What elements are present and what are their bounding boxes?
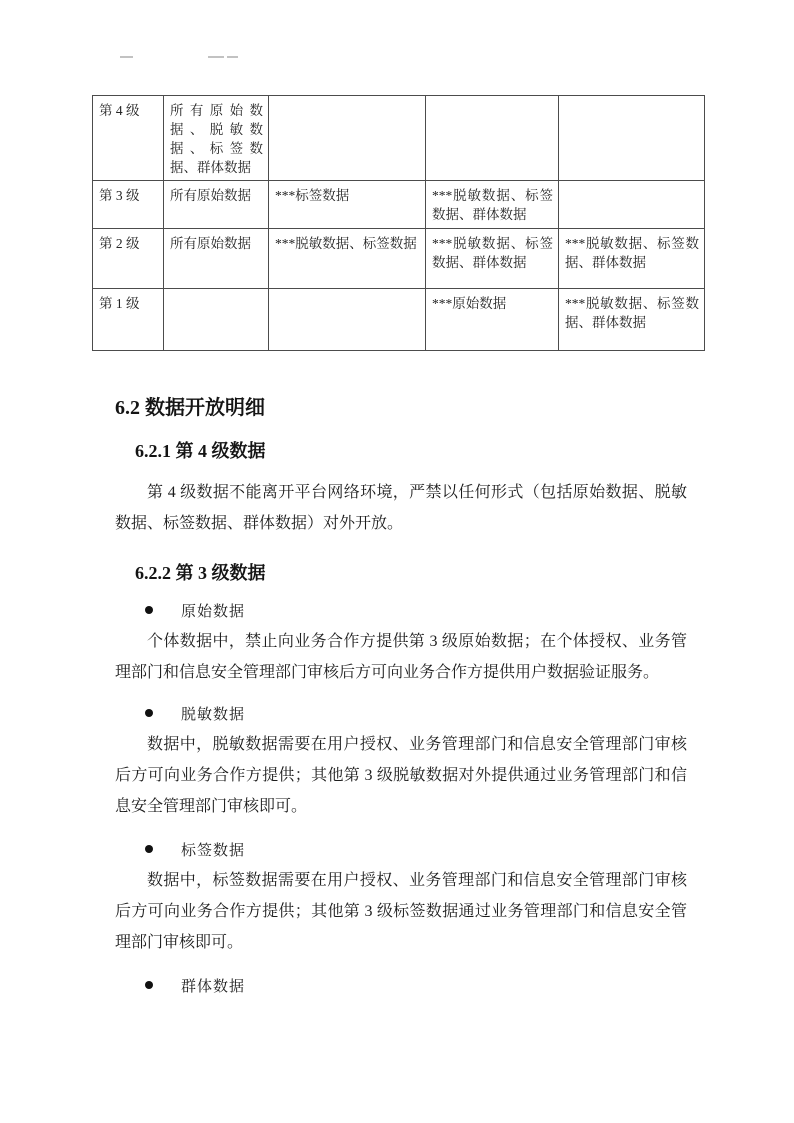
- bullet-item-raw-data: 原始数据: [145, 599, 687, 621]
- data-grade-table: 第 4 级 所有原始数据、脱敏数据、标签数据、群体数据 第 3 级 所有原始数据…: [92, 95, 705, 351]
- section-title-6-2: 6.2 数据开放明细: [115, 395, 687, 421]
- bullet-label: 原始数据: [181, 600, 245, 621]
- table-cell: [559, 181, 705, 229]
- table-cell-level: 第 2 级: [93, 229, 164, 289]
- bullet-item-tag-data: 标签数据: [145, 838, 687, 860]
- table-row: 第 1 级 ***原始数据 ***脱敏数据、标签数据、群体数据: [93, 289, 705, 351]
- header-artifact: [208, 56, 224, 58]
- table-cell: ***脱敏数据、标签数据、群体数据: [426, 229, 559, 289]
- table-cell: 所有原始数据: [164, 229, 269, 289]
- subsection-title-6-2-1: 6.2.1 第 4 级数据: [135, 439, 687, 463]
- table-cell: 所有原始数据、脱敏数据、标签数据、群体数据: [164, 96, 269, 181]
- bullet-label: 脱敏数据: [181, 703, 245, 724]
- bullet-label: 标签数据: [181, 839, 245, 860]
- table-cell: ***原始数据: [426, 289, 559, 351]
- paragraph: 数据中，脱敏数据需要在用户授权、业务管理部门和信息安全管理部门审核后方可向业务合…: [115, 729, 687, 822]
- table-cell: [164, 289, 269, 351]
- bullet-icon: [145, 981, 153, 989]
- subsection-title-6-2-2: 6.2.2 第 3 级数据: [135, 561, 687, 585]
- bullet-item-group-data: 群体数据: [145, 974, 687, 996]
- table-row: 第 2 级 所有原始数据 ***脱敏数据、标签数据 ***脱敏数据、标签数据、群…: [93, 229, 705, 289]
- table-cell-level: 第 3 级: [93, 181, 164, 229]
- header-artifact: [227, 56, 238, 58]
- document-page: 第 4 级 所有原始数据、脱敏数据、标签数据、群体数据 第 3 级 所有原始数据…: [0, 0, 794, 1123]
- paragraph: 第 4 级数据不能离开平台网络环境，严禁以任何形式（包括原始数据、脱敏数据、标签…: [115, 477, 687, 539]
- bullet-icon: [145, 845, 153, 853]
- table-cell: [269, 96, 426, 181]
- paragraph: 数据中，标签数据需要在用户授权、业务管理部门和信息安全管理部门审核后方可向业务合…: [115, 865, 687, 958]
- table-cell-level: 第 4 级: [93, 96, 164, 181]
- table-cell: ***脱敏数据、标签数据、群体数据: [559, 229, 705, 289]
- table-cell: [426, 96, 559, 181]
- table-cell: ***脱敏数据、标签数据、群体数据: [426, 181, 559, 229]
- paragraph: 个体数据中，禁止向业务合作方提供第 3 级原始数据；在个体授权、业务管理部门和信…: [115, 626, 687, 688]
- table-row: 第 3 级 所有原始数据 ***标签数据 ***脱敏数据、标签数据、群体数据: [93, 181, 705, 229]
- document-body: 6.2 数据开放明细 6.2.1 第 4 级数据 第 4 级数据不能离开平台网络…: [115, 395, 687, 996]
- table-cell: [559, 96, 705, 181]
- bullet-label: 群体数据: [181, 975, 245, 996]
- table-row: 第 4 级 所有原始数据、脱敏数据、标签数据、群体数据: [93, 96, 705, 181]
- table-cell: [269, 289, 426, 351]
- table-cell-level: 第 1 级: [93, 289, 164, 351]
- table-cell: ***脱敏数据、标签数据: [269, 229, 426, 289]
- table-cell: 所有原始数据: [164, 181, 269, 229]
- table-cell: ***脱敏数据、标签数据、群体数据: [559, 289, 705, 351]
- table-cell: ***标签数据: [269, 181, 426, 229]
- bullet-icon: [145, 709, 153, 717]
- header-artifact: [120, 56, 133, 58]
- bullet-item-desensitized-data: 脱敏数据: [145, 702, 687, 724]
- bullet-icon: [145, 606, 153, 614]
